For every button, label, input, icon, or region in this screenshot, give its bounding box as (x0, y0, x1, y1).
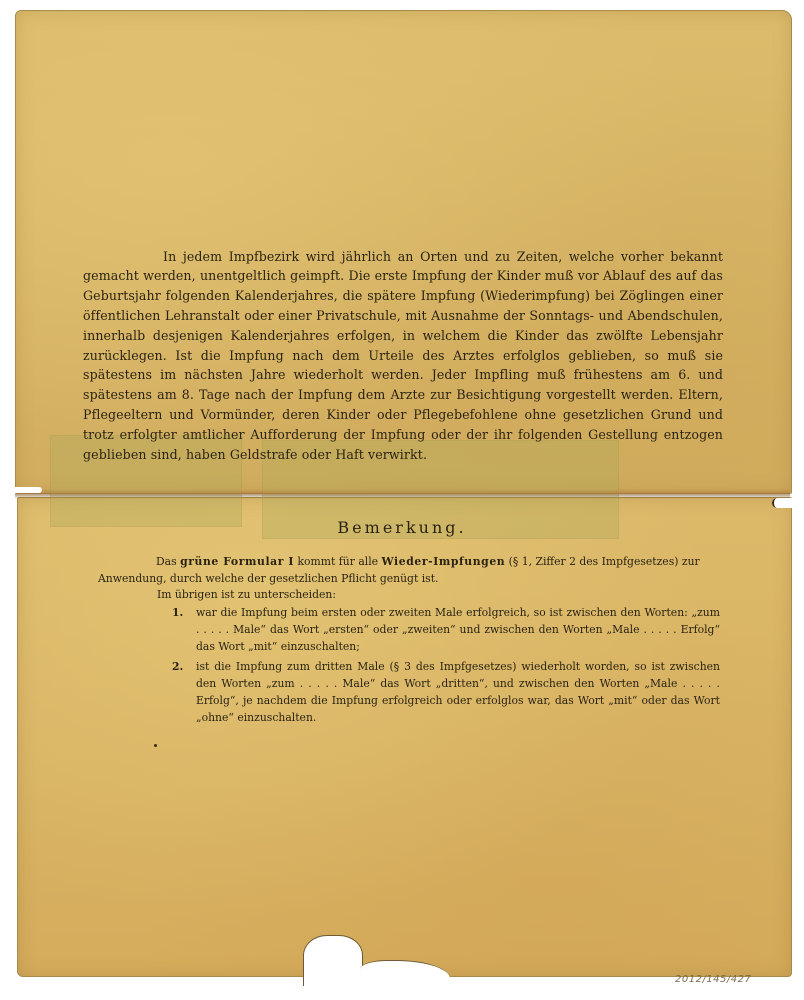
archive-number: 2012/145/427 (675, 974, 751, 985)
remark-item-number: 2. (172, 658, 183, 675)
remark-list-item: 2. ist die Impfung zum dritten Male (§ 3… (172, 658, 720, 727)
remark-intro-form-name: grüne Formular I (180, 555, 294, 568)
remark-heading: Bemerkung. (0, 518, 804, 537)
remark-item-number: 1. (172, 604, 183, 621)
fold-notch-left (14, 487, 42, 493)
ink-dot (154, 744, 157, 747)
bottom-tear (303, 935, 363, 986)
remark-item-text: war die Impfung beim ersten oder zweiten… (196, 606, 720, 653)
remark-intro-revaccination: Wieder-Impfungen (382, 555, 506, 568)
remark-item-text: ist die Impfung zum dritten Male (§ 3 de… (196, 660, 720, 725)
remark-intro: Das grüne Formular I kommt für alle Wied… (98, 553, 723, 587)
scanned-document: In jedem Impfbezirk wird jährlich an Ort… (0, 0, 804, 1000)
remark-intro-mid: kommt für alle (294, 555, 381, 568)
remark-sub-intro: Im übrigen ist zu unterscheiden: (157, 588, 336, 601)
fold-crease (15, 489, 790, 499)
main-paragraph: In jedem Impfbezirk wird jährlich an Ort… (83, 247, 723, 465)
remark-intro-prefix: Das (156, 555, 180, 568)
fold-notch-right (772, 498, 794, 508)
remark-list: 1. war die Impfung beim ersten oder zwei… (172, 604, 720, 728)
remark-list-item: 1. war die Impfung beim ersten oder zwei… (172, 604, 720, 656)
